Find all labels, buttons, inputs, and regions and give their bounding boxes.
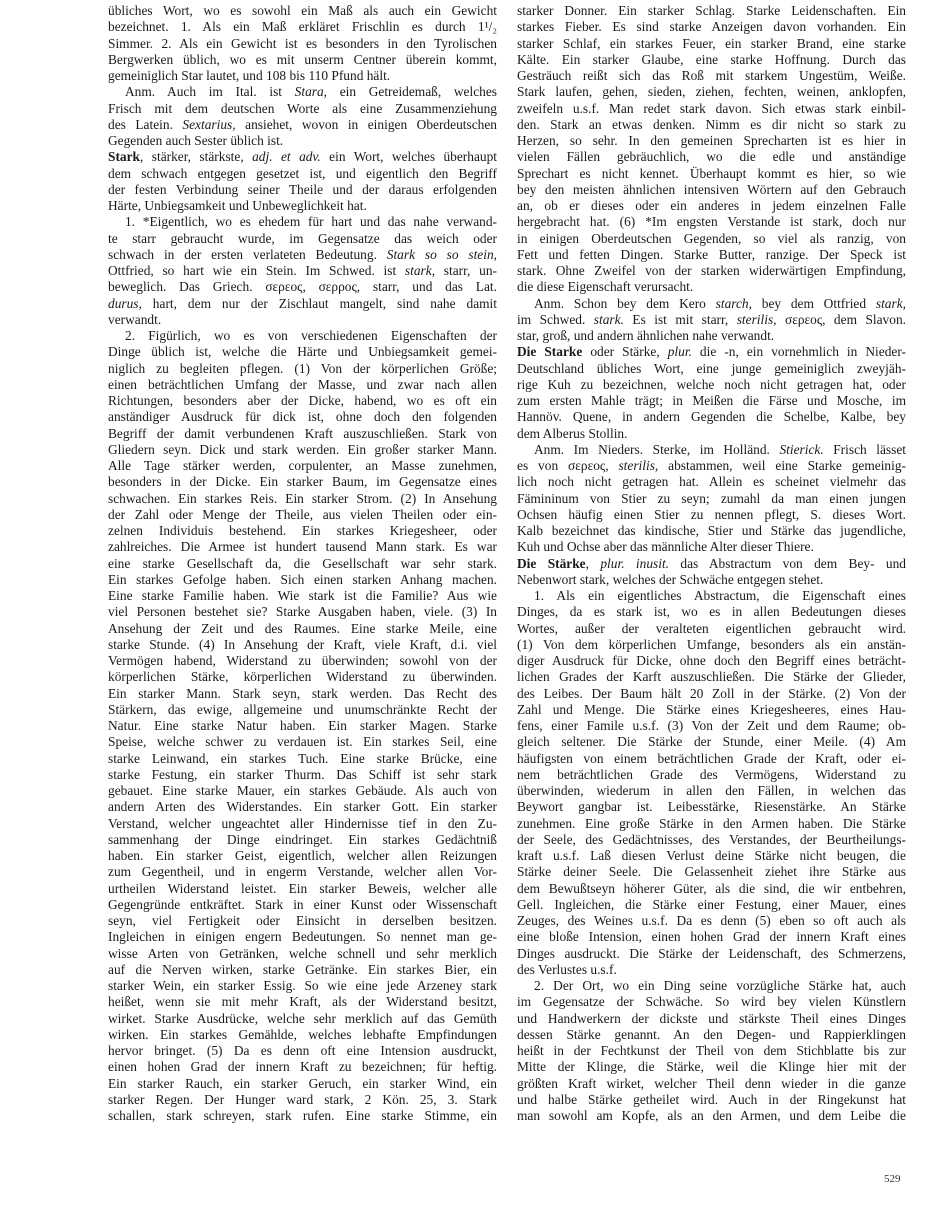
text-line: Fämininum von Stier zu seyn; zumahl da m… bbox=[517, 491, 906, 507]
text-line: Beywort gangbar ist. Leibesstärke, Riese… bbox=[517, 799, 906, 815]
line-text: Stärke deiner Seele. Die Gelassenheit zi… bbox=[517, 864, 906, 879]
text-line: dem Bewußtseyn höherer Güter, als die si… bbox=[517, 881, 906, 897]
text-line: Dinge üblich ist, welche die Härte und U… bbox=[108, 344, 497, 360]
line-text: größten Kraft wirket, welcher Theil denn… bbox=[517, 1076, 906, 1091]
line-text: heißt in der Fechtkunst der Theil von de… bbox=[517, 1043, 906, 1058]
line-text: Frisch mit dem deutschen Worte als eine … bbox=[108, 101, 497, 116]
line-text: anständiger Ausdruck für dick ist, ohne … bbox=[108, 409, 497, 424]
line-text: bey dem Ottfried bbox=[752, 296, 876, 311]
text-line: Die Stärke, plur. inusit. das Abstractum… bbox=[517, 556, 906, 572]
text-line: zweifeln u.s.f. Man redet stark davon. S… bbox=[517, 101, 906, 117]
text-line: übliches Wort, wo es sowohl ein Maß als … bbox=[108, 3, 497, 19]
text-line: häufigsten von einem beträchtlichen Grad… bbox=[517, 751, 906, 767]
text-line: Alle Tage stärker werden, corpulenter, a… bbox=[108, 458, 497, 474]
text-line: niglich zu begleiten pflegen. (1) Von de… bbox=[108, 361, 497, 377]
line-text: Anm. Im Nieders. Sterke, im Holländ. bbox=[534, 442, 779, 457]
line-text: ansiehet, wovon in einigen Oberdeutschen bbox=[236, 117, 497, 132]
italic-term: sterilis, bbox=[737, 312, 777, 327]
line-text: 2. Figürlich, wo es von verschiedenen Ei… bbox=[125, 328, 497, 343]
text-line: starke Leinwand, ein starkes Tuch. Eine … bbox=[108, 751, 497, 767]
line-text: zelnen Individuis bestehend. Ein starkes… bbox=[108, 523, 497, 538]
text-line: durus, hart, dem nur der Zischlaut mange… bbox=[108, 296, 497, 312]
text-line: Vermögen habend, Widerstand zu überwinde… bbox=[108, 653, 497, 669]
line-text: die -n, ein vornehmlich in Nieder- bbox=[692, 344, 906, 359]
line-text: des Leibes. Der Baum hält 20 Zoll in der… bbox=[517, 686, 906, 701]
line-text: Simmer. 2. Als ein Gewicht ist es besond… bbox=[108, 36, 497, 51]
line-text: Ingleichen in einigen engern Bedeutungen… bbox=[108, 929, 497, 944]
text-line: haben. Ein starker Geist, eigentlich, we… bbox=[108, 848, 497, 864]
italic-term: stark. bbox=[594, 312, 624, 327]
text-line: seyn, viel Fertigkeit oder Einsicht in d… bbox=[108, 913, 497, 929]
line-text: starke Leinwand, ein starkes Tuch. Eine … bbox=[108, 751, 497, 766]
italic-term: durus, bbox=[108, 296, 142, 311]
line-text: häufigsten von einem beträchtlichen Grad… bbox=[517, 751, 906, 766]
line-text: Richtungen, besonders aber der Dicke, ha… bbox=[108, 393, 497, 408]
text-line: (1) Von dem körperlichen Umfange, besond… bbox=[517, 637, 906, 653]
text-line: 1. Als ein eigentliches Abstractum, die … bbox=[517, 588, 906, 604]
line-text: Dinge üblich ist, welche die Härte und U… bbox=[108, 344, 497, 359]
text-line: starker Donner. Ein starker Schlag. Star… bbox=[517, 3, 906, 19]
text-line: starker Schlaf, ein starkes Feuer, ein s… bbox=[517, 36, 906, 52]
line-text: und Handwerkern der dickste und stärkste… bbox=[517, 1011, 906, 1026]
line-text: abstammen, weil eine Starke gemeinig- bbox=[658, 458, 906, 473]
text-line: der festen Verbindung seiner Theile und … bbox=[108, 182, 497, 198]
text-line: 1. *Eigentlich, wo es ehedem für hart un… bbox=[108, 214, 497, 230]
italic-term: stark, bbox=[405, 263, 435, 278]
line-text: σερεος, dem Slavon. bbox=[777, 312, 906, 327]
line-text: Kuh und Ochse aber das männliche Alter d… bbox=[517, 539, 814, 554]
line-text: überwinden, wiederum in allen den Fällen… bbox=[517, 783, 906, 798]
line-text: und halbe Stärke getheilet wird. Auch in… bbox=[517, 1092, 906, 1107]
text-line: kraft u.s.f. Laß diesen Verlust deine St… bbox=[517, 848, 906, 864]
line-text: zweifeln u.s.f. Man redet stark davon. S… bbox=[517, 101, 906, 116]
text-line: andern Arten des Widerstandes. Ein stark… bbox=[108, 799, 497, 815]
text-line: star, groß, und andern ähnlichen nahe ve… bbox=[517, 328, 906, 344]
italic-term: sterilis, bbox=[618, 458, 658, 473]
text-line: der Zahl oder Menge der Theile, aus viel… bbox=[108, 507, 497, 523]
line-text: Gesträuch reißt sich das Roß mit starkem… bbox=[517, 68, 906, 83]
line-text: in einigen Oberdeutschen Gegenden, so vi… bbox=[517, 231, 906, 246]
line-text: Deutschland übliches Wort, eine junge ge… bbox=[517, 361, 906, 376]
text-line: des Latein. Sextarius, ansiehet, wovon i… bbox=[108, 117, 497, 133]
text-line: dem Alberus Stollin. bbox=[517, 426, 906, 442]
line-text: zahlreiches. Die Armee ist hundert tause… bbox=[108, 539, 497, 554]
line-text: te starr gebraucht wurde, im Gegensatze … bbox=[108, 231, 497, 246]
text-line: einen beträchtlichen Umfang der Masse, u… bbox=[108, 377, 497, 393]
text-line: Ochsen häufig einen Stier zu nennen pfle… bbox=[517, 507, 906, 523]
headword: Die Stärke bbox=[517, 556, 586, 571]
line-text: 2. Der Ort, wo ein Ding seine vorzüglich… bbox=[534, 978, 906, 993]
text-line: rige Kuh zu bezeichnen, welche noch nich… bbox=[517, 377, 906, 393]
headword: Die Starke bbox=[517, 344, 582, 359]
line-text: wisse Arten von Getränken, welche schnel… bbox=[108, 946, 497, 961]
line-text: Alle Tage stärker werden, corpulenter, a… bbox=[108, 458, 497, 473]
text-line: Härte, Unbiegsamkeit und Unbeweglichkeit… bbox=[108, 198, 497, 214]
headword: Stark bbox=[108, 149, 140, 164]
line-text: heißet, wenn sie mit mehr Kraft, als der… bbox=[108, 994, 497, 1009]
line-text: , stärker, stärkste, bbox=[140, 149, 252, 164]
line-text: starker Regen. Der Hunger ward stark, 2 … bbox=[108, 1092, 497, 1107]
text-line: Stärkern, das ewige, allgemeine und unum… bbox=[108, 702, 497, 718]
text-line: Stark laufen, gehen, sieden, ziehen, fec… bbox=[517, 84, 906, 100]
text-line: Speise, welche schwer zu verdauen ist. E… bbox=[108, 734, 497, 750]
italic-term: Sextarius, bbox=[182, 117, 235, 132]
text-line: viel Personen bestehet sie? Starke Ausga… bbox=[108, 604, 497, 620]
text-line: verwandt. bbox=[108, 312, 497, 328]
line-text: Wortes, außer der veralteten eigentliche… bbox=[517, 621, 906, 636]
line-text: 1. Als ein eigentliches Abstractum, die … bbox=[534, 588, 906, 603]
line-text: stark. Ohne Zweifel von der starken wide… bbox=[517, 263, 906, 278]
text-line: 2. Figürlich, wo es von verschiedenen Ei… bbox=[108, 328, 497, 344]
text-line: Begriff der damit verbundenen Kraft ausz… bbox=[108, 426, 497, 442]
line-text: Hannöv. Quene, in andern Gegenden die Sc… bbox=[517, 409, 906, 424]
left-column: übliches Wort, wo es sowohl ein Maß als … bbox=[108, 3, 497, 1124]
text-line: Eine starke Familie haben. Wie stark ist… bbox=[108, 588, 497, 604]
text-line: auf die Nerven wirken, starke Getränke. … bbox=[108, 962, 497, 978]
text-line: Ottfried, so hart wie ein Stein. Im Schw… bbox=[108, 263, 497, 279]
text-line: Simmer. 2. Als ein Gewicht ist es besond… bbox=[108, 36, 497, 52]
line-text: hart, dem nur der Zischlaut mangelt, sin… bbox=[142, 296, 497, 311]
line-text: Gell. Ingleichen, die Stärke einer Festu… bbox=[517, 897, 906, 912]
text-line: Verstand, welcher ungeachtet aller Hinde… bbox=[108, 816, 497, 832]
text-line: Zahl und Menge. Die Stärke eines Krieges… bbox=[517, 702, 906, 718]
line-text: haben. Ein starker Geist, eigentlich, we… bbox=[108, 848, 497, 863]
text-line: Gegenden auch Sester üblich ist. bbox=[108, 133, 497, 149]
line-text: Anm. Schon bey dem Kero bbox=[534, 296, 716, 311]
line-text: hervor bringet. (5) Da es denn oft eine … bbox=[108, 1043, 497, 1058]
text-line: zunehmen. Eine große Stärke in den Armen… bbox=[517, 816, 906, 832]
text-line: der Seele, des Gedächtnisses, des Versta… bbox=[517, 832, 906, 848]
line-text: urtheilen Widerstand leistet. Ein starke… bbox=[108, 881, 497, 896]
line-text: Ein starker Mann. Stark seyn, stark werd… bbox=[108, 686, 497, 701]
text-line: Ingleichen in einigen engern Bedeutungen… bbox=[108, 929, 497, 945]
text-line: Ansehung der Zeit und des Raumes. Eine s… bbox=[108, 621, 497, 637]
text-line: eine bloße Intension, einen hohen Grad d… bbox=[517, 929, 906, 945]
text-line: Deutschland übliches Wort, eine junge ge… bbox=[517, 361, 906, 377]
italic-term: stark, bbox=[876, 296, 906, 311]
text-line: es von σερεος, sterilis, abstammen, weil… bbox=[517, 458, 906, 474]
line-text: übliches Wort, wo es sowohl ein Maß als … bbox=[108, 3, 497, 18]
line-text: einen beträchtlichen Umfang der Masse, u… bbox=[108, 377, 497, 392]
text-line: fens, einer Famile u.s.f. (3) Von der Ze… bbox=[517, 718, 906, 734]
line-text: körperlichen Stärke, körperlichen Widers… bbox=[108, 669, 497, 684]
line-text: der festen Verbindung seiner Theile und … bbox=[108, 182, 497, 197]
text-line: Gell. Ingleichen, die Stärke einer Festu… bbox=[517, 897, 906, 913]
line-text: 1. *Eigentlich, wo es ehedem für hart un… bbox=[125, 214, 497, 229]
text-line: zelnen Individuis bestehend. Ein starkes… bbox=[108, 523, 497, 539]
text-line: starker Wein, ein starker Essig. So wie … bbox=[108, 978, 497, 994]
line-text: gebauet. Eine starke Mauer, ein starkes … bbox=[108, 783, 497, 798]
text-line: gleich seltener. Die Stärke der Stunde, … bbox=[517, 734, 906, 750]
text-line: Gesträuch reißt sich das Roß mit starkem… bbox=[517, 68, 906, 84]
text-line: Herzen, so sehr. In den gemeinen Sprecha… bbox=[517, 133, 906, 149]
text-line: Ein starker Mann. Stark seyn, stark werd… bbox=[108, 686, 497, 702]
text-line: starke Festung, ein starker Thurm. Das S… bbox=[108, 767, 497, 783]
text-line: schallen, stark schreyen, stark rufen. E… bbox=[108, 1108, 497, 1124]
text-line: Anm. Schon bey dem Kero starch, bey dem … bbox=[517, 296, 906, 312]
line-text: starr, un- bbox=[435, 263, 497, 278]
text-line: lichen Grades der Karft auszuschließen. … bbox=[517, 669, 906, 685]
text-line: vielen Fällen gebräuchlich, wo die edle … bbox=[517, 149, 906, 165]
text-line: besonders in der Dicke. Ein starker Baum… bbox=[108, 474, 497, 490]
line-text: kraft u.s.f. Laß diesen Verlust deine St… bbox=[517, 848, 906, 863]
text-line: Wortes, außer der veralteten eigentliche… bbox=[517, 621, 906, 637]
text-line: Anm. Im Nieders. Sterke, im Holländ. Sti… bbox=[517, 442, 906, 458]
text-line: körperlichen Stärke, körperlichen Widers… bbox=[108, 669, 497, 685]
text-line: Zeuges, des Weines u.s.f. Da es denn (5)… bbox=[517, 913, 906, 929]
line-text: einen hohen Grad der innern Kraft zu bez… bbox=[108, 1059, 497, 1074]
line-text: auf die Nerven wirken, starke Getränke. … bbox=[108, 962, 497, 977]
text-line: Fett und fetten Dingen. Starke Butter, r… bbox=[517, 247, 906, 263]
text-line: diger Ausdruck für Dicke, ohne doch den … bbox=[517, 653, 906, 669]
text-line: heißt in der Fechtkunst der Theil von de… bbox=[517, 1043, 906, 1059]
line-text: Gegengründe entkräftet. Stark in einer K… bbox=[108, 897, 497, 912]
line-text: viel Personen bestehet sie? Starke Ausga… bbox=[108, 604, 497, 619]
text-line: Dinges, da es stark ist, wo es in allen … bbox=[517, 604, 906, 620]
line-text: die diese Eigenschaft verursacht. bbox=[517, 279, 693, 294]
italic-term: plur. bbox=[668, 344, 692, 359]
line-text: gleich seltener. Die Stärke der Stunde, … bbox=[517, 734, 906, 749]
text-line: starker Regen. Der Hunger ward stark, 2 … bbox=[108, 1092, 497, 1108]
italic-term: plur. inusit. bbox=[600, 556, 669, 571]
text-line: dessen Stärke genannt. An den Degen- und… bbox=[517, 1027, 906, 1043]
line-text: dem Bewußtseyn höherer Güter, als die si… bbox=[517, 881, 906, 896]
line-text: Vermögen habend, Widerstand zu überwinde… bbox=[108, 653, 497, 668]
line-text: Stark laufen, gehen, sieden, ziehen, fec… bbox=[517, 84, 906, 99]
line-text: dem schwach entgegen gesetzet ist, und e… bbox=[108, 166, 497, 181]
text-line: in einigen Oberdeutschen Gegenden, so vi… bbox=[517, 231, 906, 247]
line-text: eine starke Gesellschaft da, die Gesells… bbox=[108, 556, 497, 571]
text-line: wisse Arten von Getränken, welche schnel… bbox=[108, 946, 497, 962]
line-text: starker Schlaf, ein starkes Feuer, ein s… bbox=[517, 36, 906, 51]
text-line: wirket. Starke Ausdrücke, welche sehr me… bbox=[108, 1011, 497, 1027]
text-line: Richtungen, besonders aber der Dicke, ha… bbox=[108, 393, 497, 409]
line-text: Fämininum von Stier zu seyn; zumahl da m… bbox=[517, 491, 906, 506]
line-text: des Latein. bbox=[108, 117, 182, 132]
text-line: starkes Fieber. Es sind starke Anzeigen … bbox=[517, 19, 906, 35]
text-line: Frisch mit dem deutschen Worte als eine … bbox=[108, 101, 497, 117]
line-text: Stärkern, das ewige, allgemeine und unum… bbox=[108, 702, 497, 717]
line-text: Fett und fetten Dingen. Starke Butter, r… bbox=[517, 247, 906, 262]
line-text: schwachen. Ein starkes Reis. Ein starker… bbox=[108, 491, 497, 506]
text-line: des Leibes. Der Baum hält 20 Zoll in der… bbox=[517, 686, 906, 702]
italic-term: adj. et adv. bbox=[252, 149, 321, 164]
text-line: anständiger Ausdruck für dick ist, ohne … bbox=[108, 409, 497, 425]
line-text: schwach in der ersten verlateten Bedeutu… bbox=[108, 247, 387, 262]
line-text: des Verlustes u.s.f. bbox=[517, 962, 617, 977]
line-text: Frisch lässet bbox=[824, 442, 906, 457]
line-text: starke Stunde. (4) In Ansehung der Kraft… bbox=[108, 637, 497, 652]
italic-term: starch, bbox=[716, 296, 752, 311]
line-text: Verstand, welcher ungeachtet aller Hinde… bbox=[108, 816, 497, 831]
text-line: 2. Der Ort, wo ein Ding seine vorzüglich… bbox=[517, 978, 906, 994]
line-text: Speise, welche schwer zu verdauen ist. E… bbox=[108, 734, 497, 749]
text-line: des Verlustes u.s.f. bbox=[517, 962, 906, 978]
text-line: im Gegensatze der Schwäche. So wird bey … bbox=[517, 994, 906, 1010]
text-line: lich noch nicht getragen hat. Allein es … bbox=[517, 474, 906, 490]
line-text: zunehmen. Eine große Stärke in den Armen… bbox=[517, 816, 906, 831]
text-line: die diese Eigenschaft verursacht. bbox=[517, 279, 906, 295]
line-text: sammenhang der Dinge eindringet. Ein sta… bbox=[108, 832, 497, 847]
line-text: gemeiniglich Star lautet, und 108 bis 11… bbox=[108, 68, 390, 83]
italic-term: Stierick. bbox=[779, 442, 823, 457]
line-text: Begriff der damit verbundenen Kraft ausz… bbox=[108, 426, 497, 441]
text-line: Kuh und Ochse aber das männliche Alter d… bbox=[517, 539, 906, 555]
text-line: urtheilen Widerstand leistet. Ein starke… bbox=[108, 881, 497, 897]
line-text: Beywort gangbar ist. Leibesstärke, Riese… bbox=[517, 799, 906, 814]
line-text: starke Festung, ein starker Thurm. Das S… bbox=[108, 767, 497, 782]
line-text: im Gegensatze der Schwäche. So wird bey … bbox=[517, 994, 906, 1009]
line-text: niglich zu begleiten pflegen. (1) Von de… bbox=[108, 361, 497, 376]
text-line: Gliedern seyn. Dick und stark werden. Ei… bbox=[108, 442, 497, 458]
line-text: seyn, viel Fertigkeit oder Einsicht in d… bbox=[108, 913, 497, 928]
text-line: Die Starke oder Stärke, plur. die -n, ei… bbox=[517, 344, 906, 360]
line-text: der Seele, des Gedächtnisses, des Versta… bbox=[517, 832, 906, 847]
line-text: an, ob er dieses oder ein anderes in jed… bbox=[517, 198, 906, 213]
page-number: 529 bbox=[884, 1173, 901, 1185]
text-line: hervor bringet. (5) Da es denn oft eine … bbox=[108, 1043, 497, 1059]
text-line: an, ob er dieses oder ein anderes in jed… bbox=[517, 198, 906, 214]
line-text: ein Wort, welches überhaupt bbox=[321, 149, 497, 164]
text-line: Sprechart es nicht kennet. Überhaupt kom… bbox=[517, 166, 906, 182]
line-text: beweglich. Das Griech. σερεος, σερρος, s… bbox=[108, 279, 497, 294]
line-text: starker Donner. Ein starker Schlag. Star… bbox=[517, 3, 906, 18]
line-text: Ein starkes Gefolge haben. Sich einen st… bbox=[108, 572, 497, 587]
line-text: den. Stark an etwas denken. Nimm es dir … bbox=[517, 117, 906, 132]
line-text: zum Gegentheil, und in engerm Verstande,… bbox=[108, 864, 497, 879]
text-line: hergebracht hat. (6) *Im engsten Verstan… bbox=[517, 214, 906, 230]
text-line: zum Gegentheil, und in engerm Verstande,… bbox=[108, 864, 497, 880]
text-line: zum ersten Mahle trägt; in Meißen die Fä… bbox=[517, 393, 906, 409]
text-line: den. Stark an etwas denken. Nimm es dir … bbox=[517, 117, 906, 133]
text-line: Anm. Auch im Ital. ist Stara, ein Getrei… bbox=[108, 84, 497, 100]
line-text: Es ist mit starr, bbox=[624, 312, 737, 327]
text-line: Natur. Eine starke Natur haben. Ein star… bbox=[108, 718, 497, 734]
line-text: , bbox=[586, 556, 601, 571]
line-text: dem Alberus Stollin. bbox=[517, 426, 627, 441]
text-line: dem schwach entgegen gesetzet ist, und e… bbox=[108, 166, 497, 182]
line-text: verwandt. bbox=[108, 312, 161, 327]
text-line: Kalb bezeichnet das kindische, Stier und… bbox=[517, 523, 906, 539]
line-text: wirken. Ein starkes Gemählde, welches le… bbox=[108, 1027, 497, 1042]
line-text: star, groß, und andern ähnlichen nahe ve… bbox=[517, 328, 774, 343]
line-text: bezeichnet. 1. Als ein Maß erkläret Fris… bbox=[108, 19, 497, 34]
line-text: lichen Grades der Karft auszuschließen. … bbox=[517, 669, 906, 684]
text-line: schwachen. Ein starkes Reis. Ein starker… bbox=[108, 491, 497, 507]
text-line: beweglich. Das Griech. σερεος, σερρος, s… bbox=[108, 279, 497, 295]
line-text: Eine starke Familie haben. Wie stark ist… bbox=[108, 588, 497, 603]
line-text: Dinges, da es stark ist, wo es in allen … bbox=[517, 604, 906, 619]
text-line: und halbe Stärke getheilet wird. Auch in… bbox=[517, 1092, 906, 1108]
line-text: (1) Von dem körperlichen Umfange, besond… bbox=[517, 637, 906, 652]
text-line: Ein starker Rauch, ein starker Geruch, e… bbox=[108, 1076, 497, 1092]
line-text: schallen, stark schreyen, stark rufen. E… bbox=[108, 1108, 497, 1123]
line-text: Ottfried, so hart wie ein Stein. Im Schw… bbox=[108, 263, 405, 278]
text-line: te starr gebraucht wurde, im Gegensatze … bbox=[108, 231, 497, 247]
text-line: nem beträchtlichen Grade des Vermögens, … bbox=[517, 767, 906, 783]
line-text: der Zahl oder Menge der Theile, aus viel… bbox=[108, 507, 497, 522]
text-line: Kälte. Ein starker Glaube, eine starke H… bbox=[517, 52, 906, 68]
line-text: Zeuges, des Weines u.s.f. Da es denn (5)… bbox=[517, 913, 906, 928]
text-line: Bergwerken üblich, wo es mit unserm Cent… bbox=[108, 52, 497, 68]
line-text: Ein starker Rauch, ein starker Geruch, e… bbox=[108, 1076, 497, 1091]
text-line: bey den meisten ähnlichen intensiven Wör… bbox=[517, 182, 906, 198]
line-text: man sowohl am Kopfe, als an den Armen, u… bbox=[517, 1108, 906, 1123]
line-text: Herzen, so sehr. In den gemeinen Sprecha… bbox=[517, 133, 906, 148]
line-text: Bergwerken üblich, wo es mit unserm Cent… bbox=[108, 52, 497, 67]
line-text: Kälte. Ein starker Glaube, eine starke H… bbox=[517, 52, 906, 67]
line-text: besonders in der Dicke. Ein starker Baum… bbox=[108, 474, 497, 489]
line-text: Zahl und Menge. Die Stärke eines Krieges… bbox=[517, 702, 906, 717]
line-text: es von σερεος, bbox=[517, 458, 618, 473]
text-line: und Handwerkern der dickste und stärkste… bbox=[517, 1011, 906, 1027]
italic-term: Stara, bbox=[295, 84, 327, 99]
line-text: Härte, Unbiegsamkeit und Unbeweglichkeit… bbox=[108, 198, 367, 213]
text-line: heißet, wenn sie mit mehr Kraft, als der… bbox=[108, 994, 497, 1010]
text-line: Stark, stärker, stärkste, adj. et adv. e… bbox=[108, 149, 497, 165]
line-text: Dinges ausdruckt. Die Stärke der Leidens… bbox=[517, 946, 906, 961]
text-line: Hannöv. Quene, in andern Gegenden die Sc… bbox=[517, 409, 906, 425]
text-line: Dinges ausdruckt. Die Stärke der Leidens… bbox=[517, 946, 906, 962]
line-text: starkes Fieber. Es sind starke Anzeigen … bbox=[517, 19, 906, 34]
line-text: Gliedern seyn. Dick und stark werden. Ei… bbox=[108, 442, 497, 457]
text-line: stark. Ohne Zweifel von der starken wide… bbox=[517, 263, 906, 279]
text-line: im Schwed. stark. Es ist mit starr, ster… bbox=[517, 312, 906, 328]
text-line: Ein starkes Gefolge haben. Sich einen st… bbox=[108, 572, 497, 588]
line-text: bey den meisten ähnlichen intensiven Wör… bbox=[517, 182, 906, 197]
line-text: starker Wein, ein starker Essig. So wie … bbox=[108, 978, 497, 993]
text-line: Stärke deiner Seele. Die Gelassenheit zi… bbox=[517, 864, 906, 880]
text-line: überwinden, wiederum in allen den Fällen… bbox=[517, 783, 906, 799]
line-text: Ochsen häufig einen Stier zu nennen pfle… bbox=[517, 507, 906, 522]
text-line: sammenhang der Dinge eindringet. Ein sta… bbox=[108, 832, 497, 848]
line-text: Anm. Auch im Ital. ist bbox=[125, 84, 295, 99]
line-text: rige Kuh zu bezeichnen, welche noch nich… bbox=[517, 377, 906, 392]
line-text: hergebracht hat. (6) *Im engsten Verstan… bbox=[517, 214, 906, 229]
right-column: starker Donner. Ein starker Schlag. Star… bbox=[517, 3, 906, 1124]
line-text: andern Arten des Widerstandes. Ein stark… bbox=[108, 799, 497, 814]
line-text: ein Getreidemaß, welches bbox=[327, 84, 497, 99]
line-text: lich noch nicht getragen hat. Allein es … bbox=[517, 474, 906, 489]
text-line: bezeichnet. 1. Als ein Maß erkläret Fris… bbox=[108, 19, 497, 35]
text-line: gebauet. Eine starke Mauer, ein starkes … bbox=[108, 783, 497, 799]
line-text: wirket. Starke Ausdrücke, welche sehr me… bbox=[108, 1011, 497, 1026]
line-text: Nebenwort stark, welches der Schwäche en… bbox=[517, 572, 823, 587]
text-line: Mitte der Klinge, die Stärke, weil die K… bbox=[517, 1059, 906, 1075]
text-line: Gegengründe entkräftet. Stark in einer K… bbox=[108, 897, 497, 913]
line-text: Natur. Eine starke Natur haben. Ein star… bbox=[108, 718, 497, 733]
line-text: Kalb bezeichnet das kindische, Stier und… bbox=[517, 523, 906, 538]
line-text: das Abstractum von dem Bey- und bbox=[669, 556, 906, 571]
text-line: gemeiniglich Star lautet, und 108 bis 11… bbox=[108, 68, 497, 84]
line-text: Gegenden auch Sester üblich ist. bbox=[108, 133, 283, 148]
line-text: Mitte der Klinge, die Stärke, weil die K… bbox=[517, 1059, 906, 1074]
line-text: im Schwed. bbox=[517, 312, 594, 327]
line-text: vielen Fällen gebräuchlich, wo die edle … bbox=[517, 149, 906, 164]
line-text: fens, einer Famile u.s.f. (3) Von der Ze… bbox=[517, 718, 906, 733]
line-text: zum ersten Mahle trägt; in Meißen die Fä… bbox=[517, 393, 906, 408]
line-text: Ansehung der Zeit und des Raumes. Eine s… bbox=[108, 621, 497, 636]
line-text: dessen Stärke genannt. An den Degen- und… bbox=[517, 1027, 906, 1042]
text-line: wirken. Ein starkes Gemählde, welches le… bbox=[108, 1027, 497, 1043]
line-text: oder Stärke, bbox=[582, 344, 667, 359]
text-line: Nebenwort stark, welches der Schwäche en… bbox=[517, 572, 906, 588]
italic-term: Stark so so stein, bbox=[387, 247, 497, 262]
text-line: eine starke Gesellschaft da, die Gesells… bbox=[108, 556, 497, 572]
text-line: schwach in der ersten verlateten Bedeutu… bbox=[108, 247, 497, 263]
line-text: Sprechart es nicht kennet. Überhaupt kom… bbox=[517, 166, 906, 181]
text-line: zahlreiches. Die Armee ist hundert tause… bbox=[108, 539, 497, 555]
